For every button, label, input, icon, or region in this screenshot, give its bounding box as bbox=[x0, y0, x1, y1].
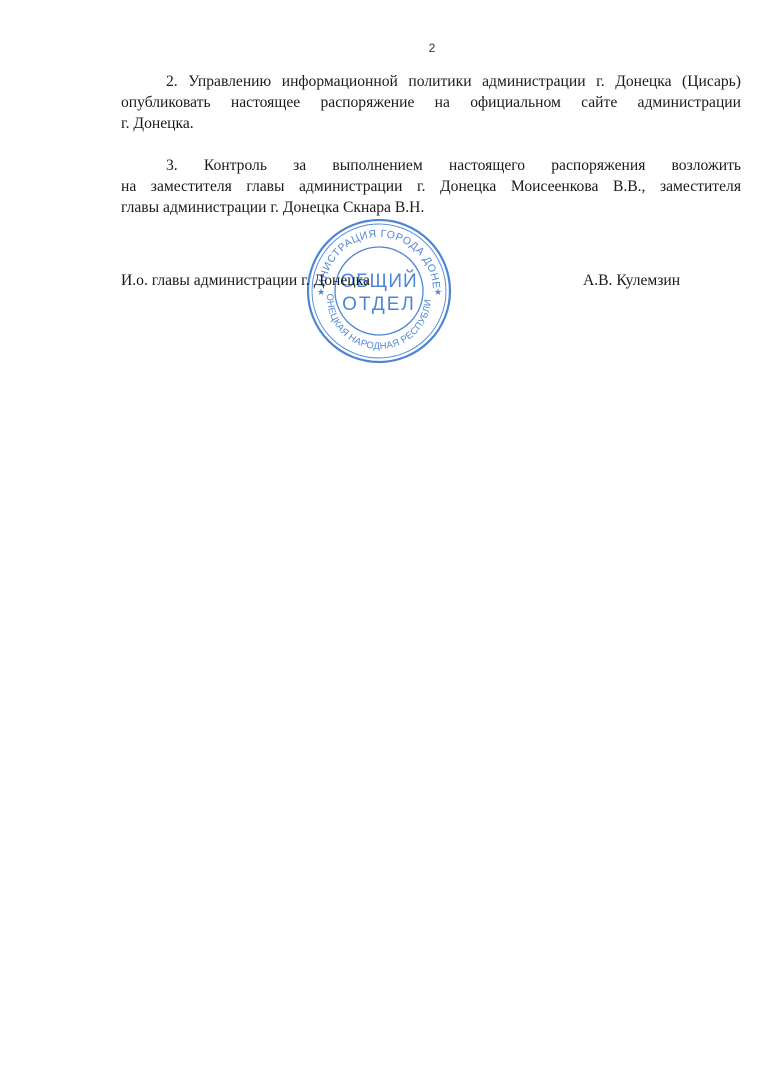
stamp-seal-icon: АДМИНИСТРАЦИЯ ГОРОДА ДОНЕЦКА ДОНЕЦКАЯ НА… bbox=[305, 217, 453, 365]
signer-name: А.В. Кулемзин bbox=[583, 272, 680, 290]
paragraph-2: 2. Управлению информационной политики ад… bbox=[121, 71, 741, 134]
text-line: на заместителя главы администрации г. До… bbox=[121, 176, 741, 197]
text-line: опубликовать настоящее распоряжение на о… bbox=[121, 92, 741, 113]
text-line: главы администрации г. Донецка Скнара В.… bbox=[121, 197, 741, 218]
page-number: 2 bbox=[0, 41, 784, 55]
official-stamp: АДМИНИСТРАЦИЯ ГОРОДА ДОНЕЦКА ДОНЕЦКАЯ НА… bbox=[305, 217, 453, 365]
svg-text:★: ★ bbox=[434, 287, 442, 297]
text-line: 2. Управлению информационной политики ад… bbox=[121, 71, 741, 92]
svg-text:ОТДЕЛ: ОТДЕЛ bbox=[342, 294, 416, 315]
paragraph-3: 3. Контроль за выполнением настоящего ра… bbox=[121, 155, 741, 218]
svg-text:ОБЩИЙ: ОБЩИЙ bbox=[340, 270, 417, 292]
text-line: 3. Контроль за выполнением настоящего ра… bbox=[121, 155, 741, 176]
svg-text:★: ★ bbox=[317, 287, 325, 297]
text-line: г. Донецка. bbox=[121, 113, 741, 134]
